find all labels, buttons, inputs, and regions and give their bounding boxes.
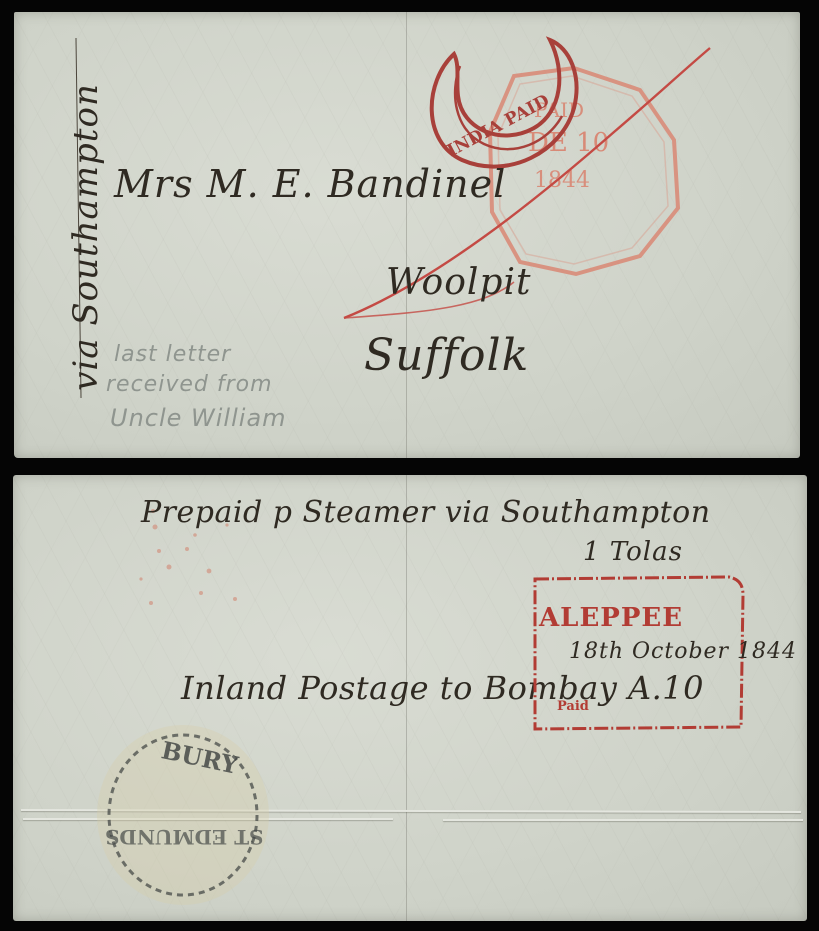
cover-back: Prepaid p Steamer via Southampton 1 Tola…	[13, 475, 807, 921]
address-name: Mrs M. E. Bandinel	[114, 162, 506, 206]
cover-front: via Southampton PAID DE 10 1844 INDIA PA…	[14, 12, 800, 458]
address-town: Woolpit	[386, 262, 531, 303]
pencil-note-line-3: Uncle William	[110, 404, 287, 432]
pencil-note-line-2: received from	[106, 372, 273, 397]
bury-backstamp	[13, 475, 807, 921]
pencil-note-line-1: last letter	[114, 342, 231, 367]
address-county: Suffolk	[364, 330, 529, 381]
bury-backstamp-lower-text: ST EDMUNDS	[105, 825, 264, 849]
